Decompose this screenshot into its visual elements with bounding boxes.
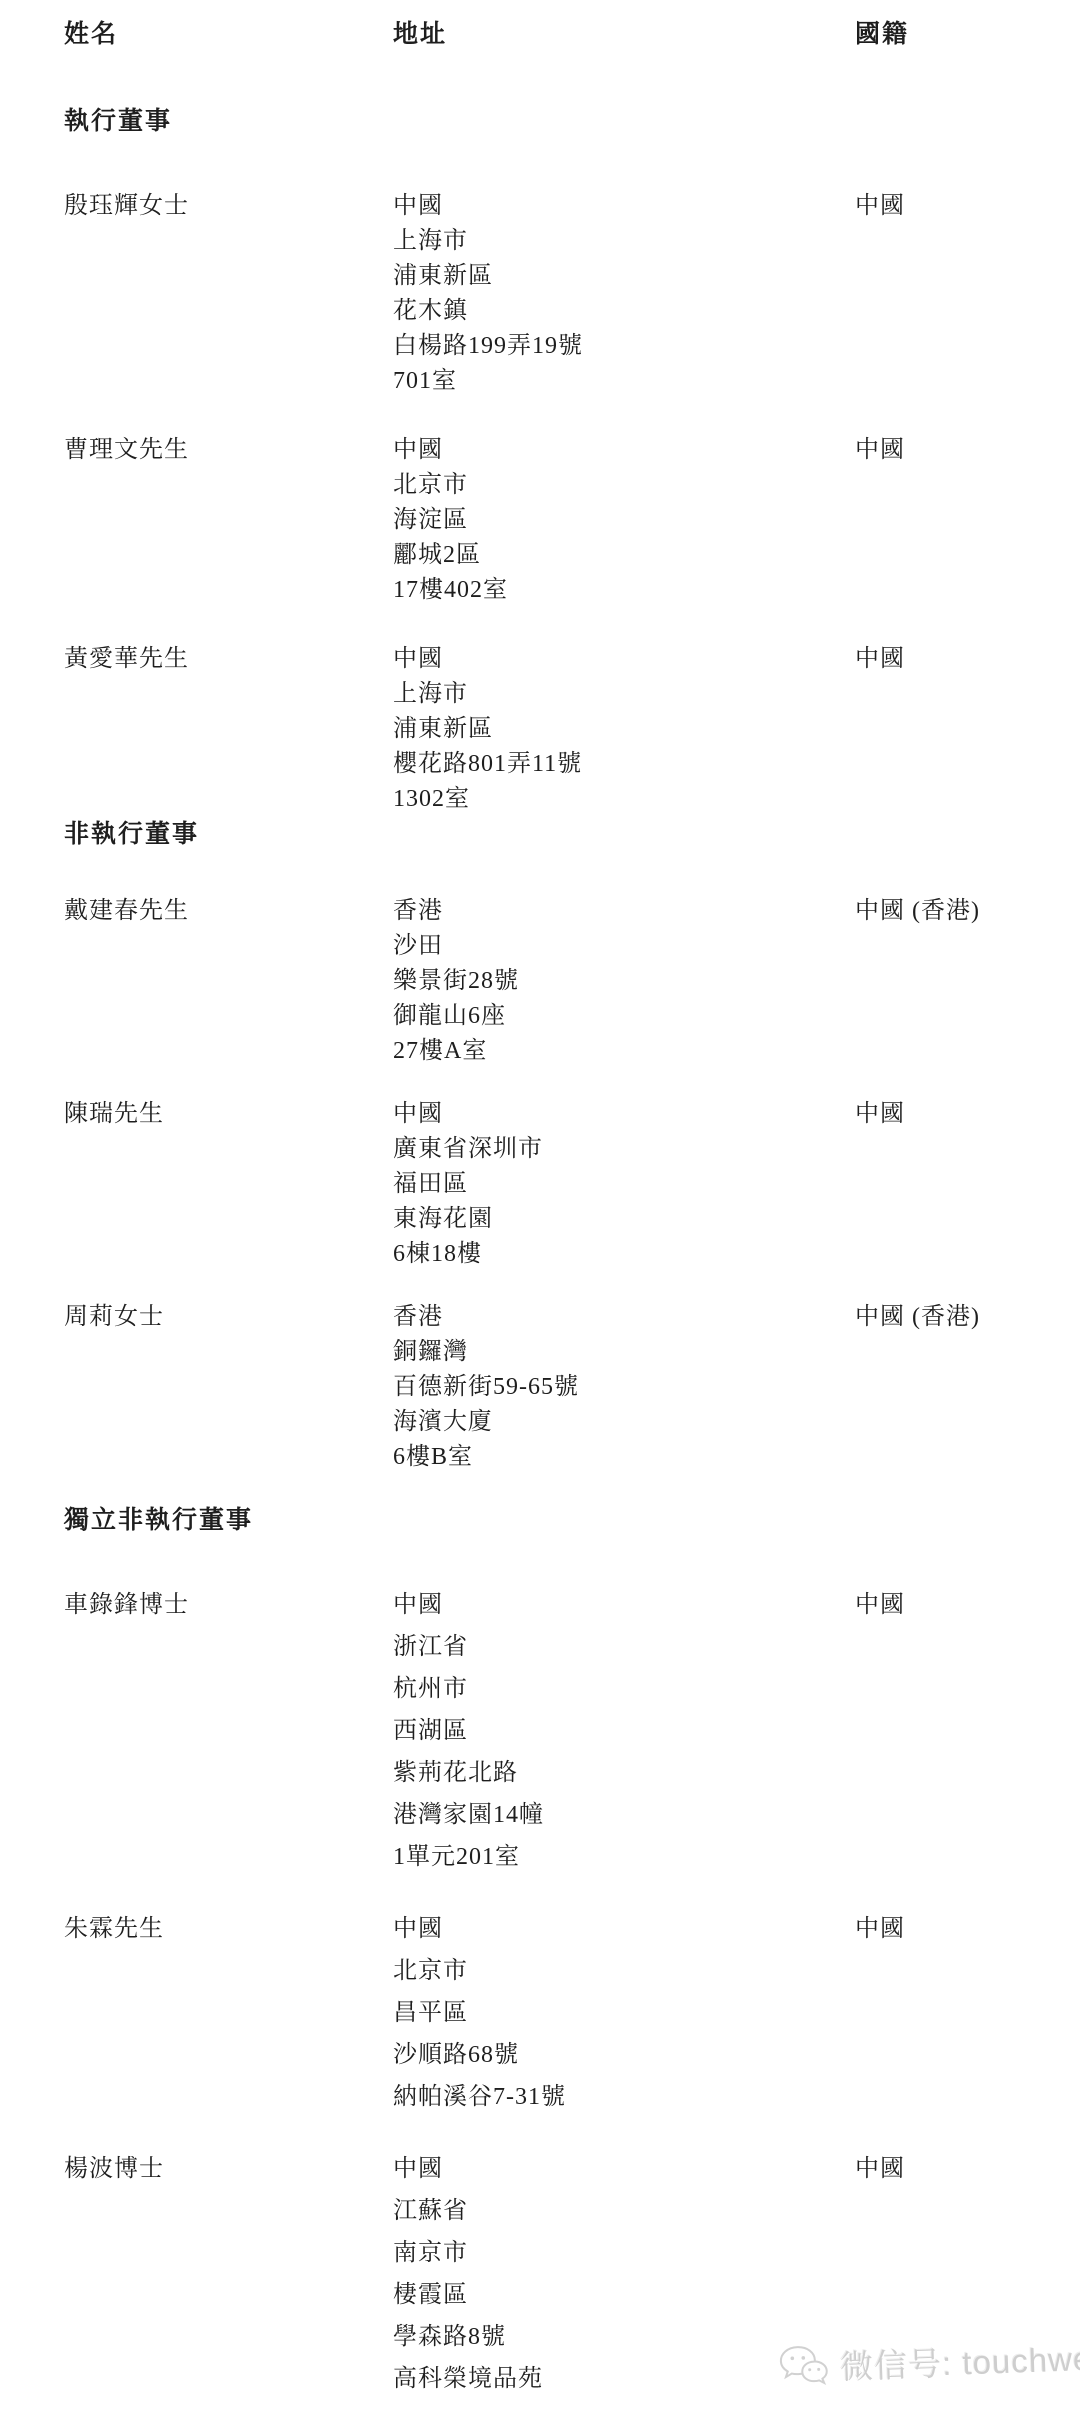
address-line: 棲霞區 bbox=[393, 2274, 855, 2316]
address-line: 東海花園 bbox=[393, 1202, 855, 1237]
table-row: 周莉女士 香港 銅鑼灣 百德新街59-65號 海濱大廈 6樓B室 中國 (香港) bbox=[64, 1300, 1040, 1475]
address-line: 紫荊花北路 bbox=[393, 1752, 855, 1794]
address-line: 櫻花路801弄11號 bbox=[393, 747, 855, 782]
section-executive-directors: 執行董事 殷珏輝女士 中國 上海市 浦東新區 花木鎮 白楊路199弄19號 70… bbox=[64, 104, 1040, 817]
address-line: 27樓A室 bbox=[393, 1034, 855, 1069]
address-line: 701室 bbox=[393, 364, 855, 399]
director-address: 中國 廣東省深圳市 福田區 東海花園 6棟18樓 bbox=[393, 1097, 855, 1272]
director-nationality: 中國 bbox=[855, 1908, 1040, 1950]
address-line: 中國 bbox=[393, 1908, 855, 1950]
address-line: 高科榮境品苑 bbox=[393, 2358, 855, 2400]
address-line: 江蘇省 bbox=[393, 2190, 855, 2232]
section-non-executive-directors: 非執行董事 戴建春先生 香港 沙田 樂景街28號 御龍山6座 27樓A室 中國 … bbox=[64, 817, 1040, 1475]
address-line: 銅鑼灣 bbox=[393, 1335, 855, 1370]
director-nationality: 中國 (香港) bbox=[855, 1300, 1040, 1335]
address-line: 北京市 bbox=[393, 468, 855, 503]
director-name: 戴建春先生 bbox=[64, 894, 393, 929]
table-row: 楊波博士 中國 江蘇省 南京市 棲霞區 學森路8號 高科榮境品苑 中國 bbox=[64, 2148, 1040, 2400]
table-row: 車錄鋒博士 中國 浙江省 杭州市 西湖區 紫荊花北路 港灣家園14幢 1單元20… bbox=[64, 1584, 1040, 1878]
director-name: 殷珏輝女士 bbox=[64, 189, 393, 224]
table-row: 黃愛華先生 中國 上海市 浦東新區 櫻花路801弄11號 1302室 中國 bbox=[64, 642, 1040, 817]
address-line: 6棟18樓 bbox=[393, 1237, 855, 1272]
address-line: 海淀區 bbox=[393, 503, 855, 538]
address-line: 百德新街59-65號 bbox=[393, 1370, 855, 1405]
director-name: 車錄鋒博士 bbox=[64, 1584, 393, 1626]
address-line: 浦東新區 bbox=[393, 712, 855, 747]
address-line: 上海市 bbox=[393, 677, 855, 712]
address-line: 花木鎮 bbox=[393, 294, 855, 329]
section-title: 執行董事 bbox=[64, 104, 1040, 139]
address-line: 學森路8號 bbox=[393, 2316, 855, 2358]
table-header-row: 姓名 地址 國籍 bbox=[64, 16, 1040, 52]
director-nationality: 中國 (香港) bbox=[855, 894, 1040, 929]
address-line: 港灣家園14幢 bbox=[393, 1794, 855, 1836]
column-header-nationality: 國籍 bbox=[855, 16, 1040, 52]
table-row: 戴建春先生 香港 沙田 樂景街28號 御龍山6座 27樓A室 中國 (香港) bbox=[64, 894, 1040, 1069]
column-header-address: 地址 bbox=[393, 16, 855, 52]
address-line: 西湖區 bbox=[393, 1710, 855, 1752]
director-nationality: 中國 bbox=[855, 642, 1040, 677]
address-line: 香港 bbox=[393, 1300, 855, 1335]
address-line: 中國 bbox=[393, 642, 855, 677]
director-address: 中國 北京市 海淀區 酈城2區 17樓402室 bbox=[393, 433, 855, 608]
director-nationality: 中國 bbox=[855, 2148, 1040, 2190]
director-nationality: 中國 bbox=[855, 433, 1040, 468]
address-line: 1單元201室 bbox=[393, 1836, 855, 1878]
director-address: 中國 北京市 昌平區 沙順路68號 納帕溪谷7-31號 bbox=[393, 1908, 855, 2118]
address-line: 中國 bbox=[393, 433, 855, 468]
address-line: 昌平區 bbox=[393, 1992, 855, 2034]
directors-table: 姓名 地址 國籍 執行董事 殷珏輝女士 中國 上海市 浦東新區 花木鎮 白楊路1… bbox=[0, 0, 1080, 2400]
column-header-name: 姓名 bbox=[64, 16, 393, 52]
director-nationality: 中國 bbox=[855, 1584, 1040, 1626]
address-line: 沙順路68號 bbox=[393, 2034, 855, 2076]
address-line: 御龍山6座 bbox=[393, 999, 855, 1034]
address-line: 上海市 bbox=[393, 224, 855, 259]
address-line: 福田區 bbox=[393, 1167, 855, 1202]
table-row: 殷珏輝女士 中國 上海市 浦東新區 花木鎮 白楊路199弄19號 701室 中國 bbox=[64, 189, 1040, 399]
address-line: 杭州市 bbox=[393, 1668, 855, 1710]
address-line: 北京市 bbox=[393, 1950, 855, 1992]
director-address: 中國 上海市 浦東新區 櫻花路801弄11號 1302室 bbox=[393, 642, 855, 817]
director-name: 黃愛華先生 bbox=[64, 642, 393, 677]
address-line: 中國 bbox=[393, 189, 855, 224]
director-name: 朱霖先生 bbox=[64, 1908, 393, 1950]
director-nationality: 中國 bbox=[855, 189, 1040, 224]
section-title: 獨立非執行董事 bbox=[64, 1503, 1040, 1538]
address-line: 海濱大廈 bbox=[393, 1405, 855, 1440]
director-address: 香港 銅鑼灣 百德新街59-65號 海濱大廈 6樓B室 bbox=[393, 1300, 855, 1475]
address-line: 南京市 bbox=[393, 2232, 855, 2274]
address-line: 中國 bbox=[393, 1097, 855, 1132]
director-address: 中國 上海市 浦東新區 花木鎮 白楊路199弄19號 701室 bbox=[393, 189, 855, 399]
director-name: 曹理文先生 bbox=[64, 433, 393, 468]
director-name: 楊波博士 bbox=[64, 2148, 393, 2190]
director-nationality: 中國 bbox=[855, 1097, 1040, 1132]
table-row: 陳瑞先生 中國 廣東省深圳市 福田區 東海花園 6棟18樓 中國 bbox=[64, 1097, 1040, 1272]
address-line: 沙田 bbox=[393, 929, 855, 964]
address-line: 酈城2區 bbox=[393, 538, 855, 573]
address-line: 浦東新區 bbox=[393, 259, 855, 294]
address-line: 白楊路199弄19號 bbox=[393, 329, 855, 364]
address-line: 浙江省 bbox=[393, 1626, 855, 1668]
address-line: 納帕溪谷7-31號 bbox=[393, 2076, 855, 2118]
address-line: 17樓402室 bbox=[393, 573, 855, 608]
address-line: 1302室 bbox=[393, 782, 855, 817]
section-title: 非執行董事 bbox=[64, 817, 1040, 852]
address-line: 香港 bbox=[393, 894, 855, 929]
director-name: 周莉女士 bbox=[64, 1300, 393, 1335]
director-address: 中國 江蘇省 南京市 棲霞區 學森路8號 高科榮境品苑 bbox=[393, 2148, 855, 2400]
address-line: 中國 bbox=[393, 1584, 855, 1626]
address-line: 中國 bbox=[393, 2148, 855, 2190]
table-row: 曹理文先生 中國 北京市 海淀區 酈城2區 17樓402室 中國 bbox=[64, 433, 1040, 608]
table-row: 朱霖先生 中國 北京市 昌平區 沙順路68號 納帕溪谷7-31號 中國 bbox=[64, 1908, 1040, 2118]
address-line: 樂景街28號 bbox=[393, 964, 855, 999]
section-independent-non-executive-directors: 獨立非執行董事 車錄鋒博士 中國 浙江省 杭州市 西湖區 紫荊花北路 港灣家園1… bbox=[64, 1503, 1040, 2400]
director-name: 陳瑞先生 bbox=[64, 1097, 393, 1132]
address-line: 廣東省深圳市 bbox=[393, 1132, 855, 1167]
director-address: 香港 沙田 樂景街28號 御龍山6座 27樓A室 bbox=[393, 894, 855, 1069]
director-address: 中國 浙江省 杭州市 西湖區 紫荊花北路 港灣家園14幢 1單元201室 bbox=[393, 1584, 855, 1878]
address-line: 6樓B室 bbox=[393, 1440, 855, 1475]
